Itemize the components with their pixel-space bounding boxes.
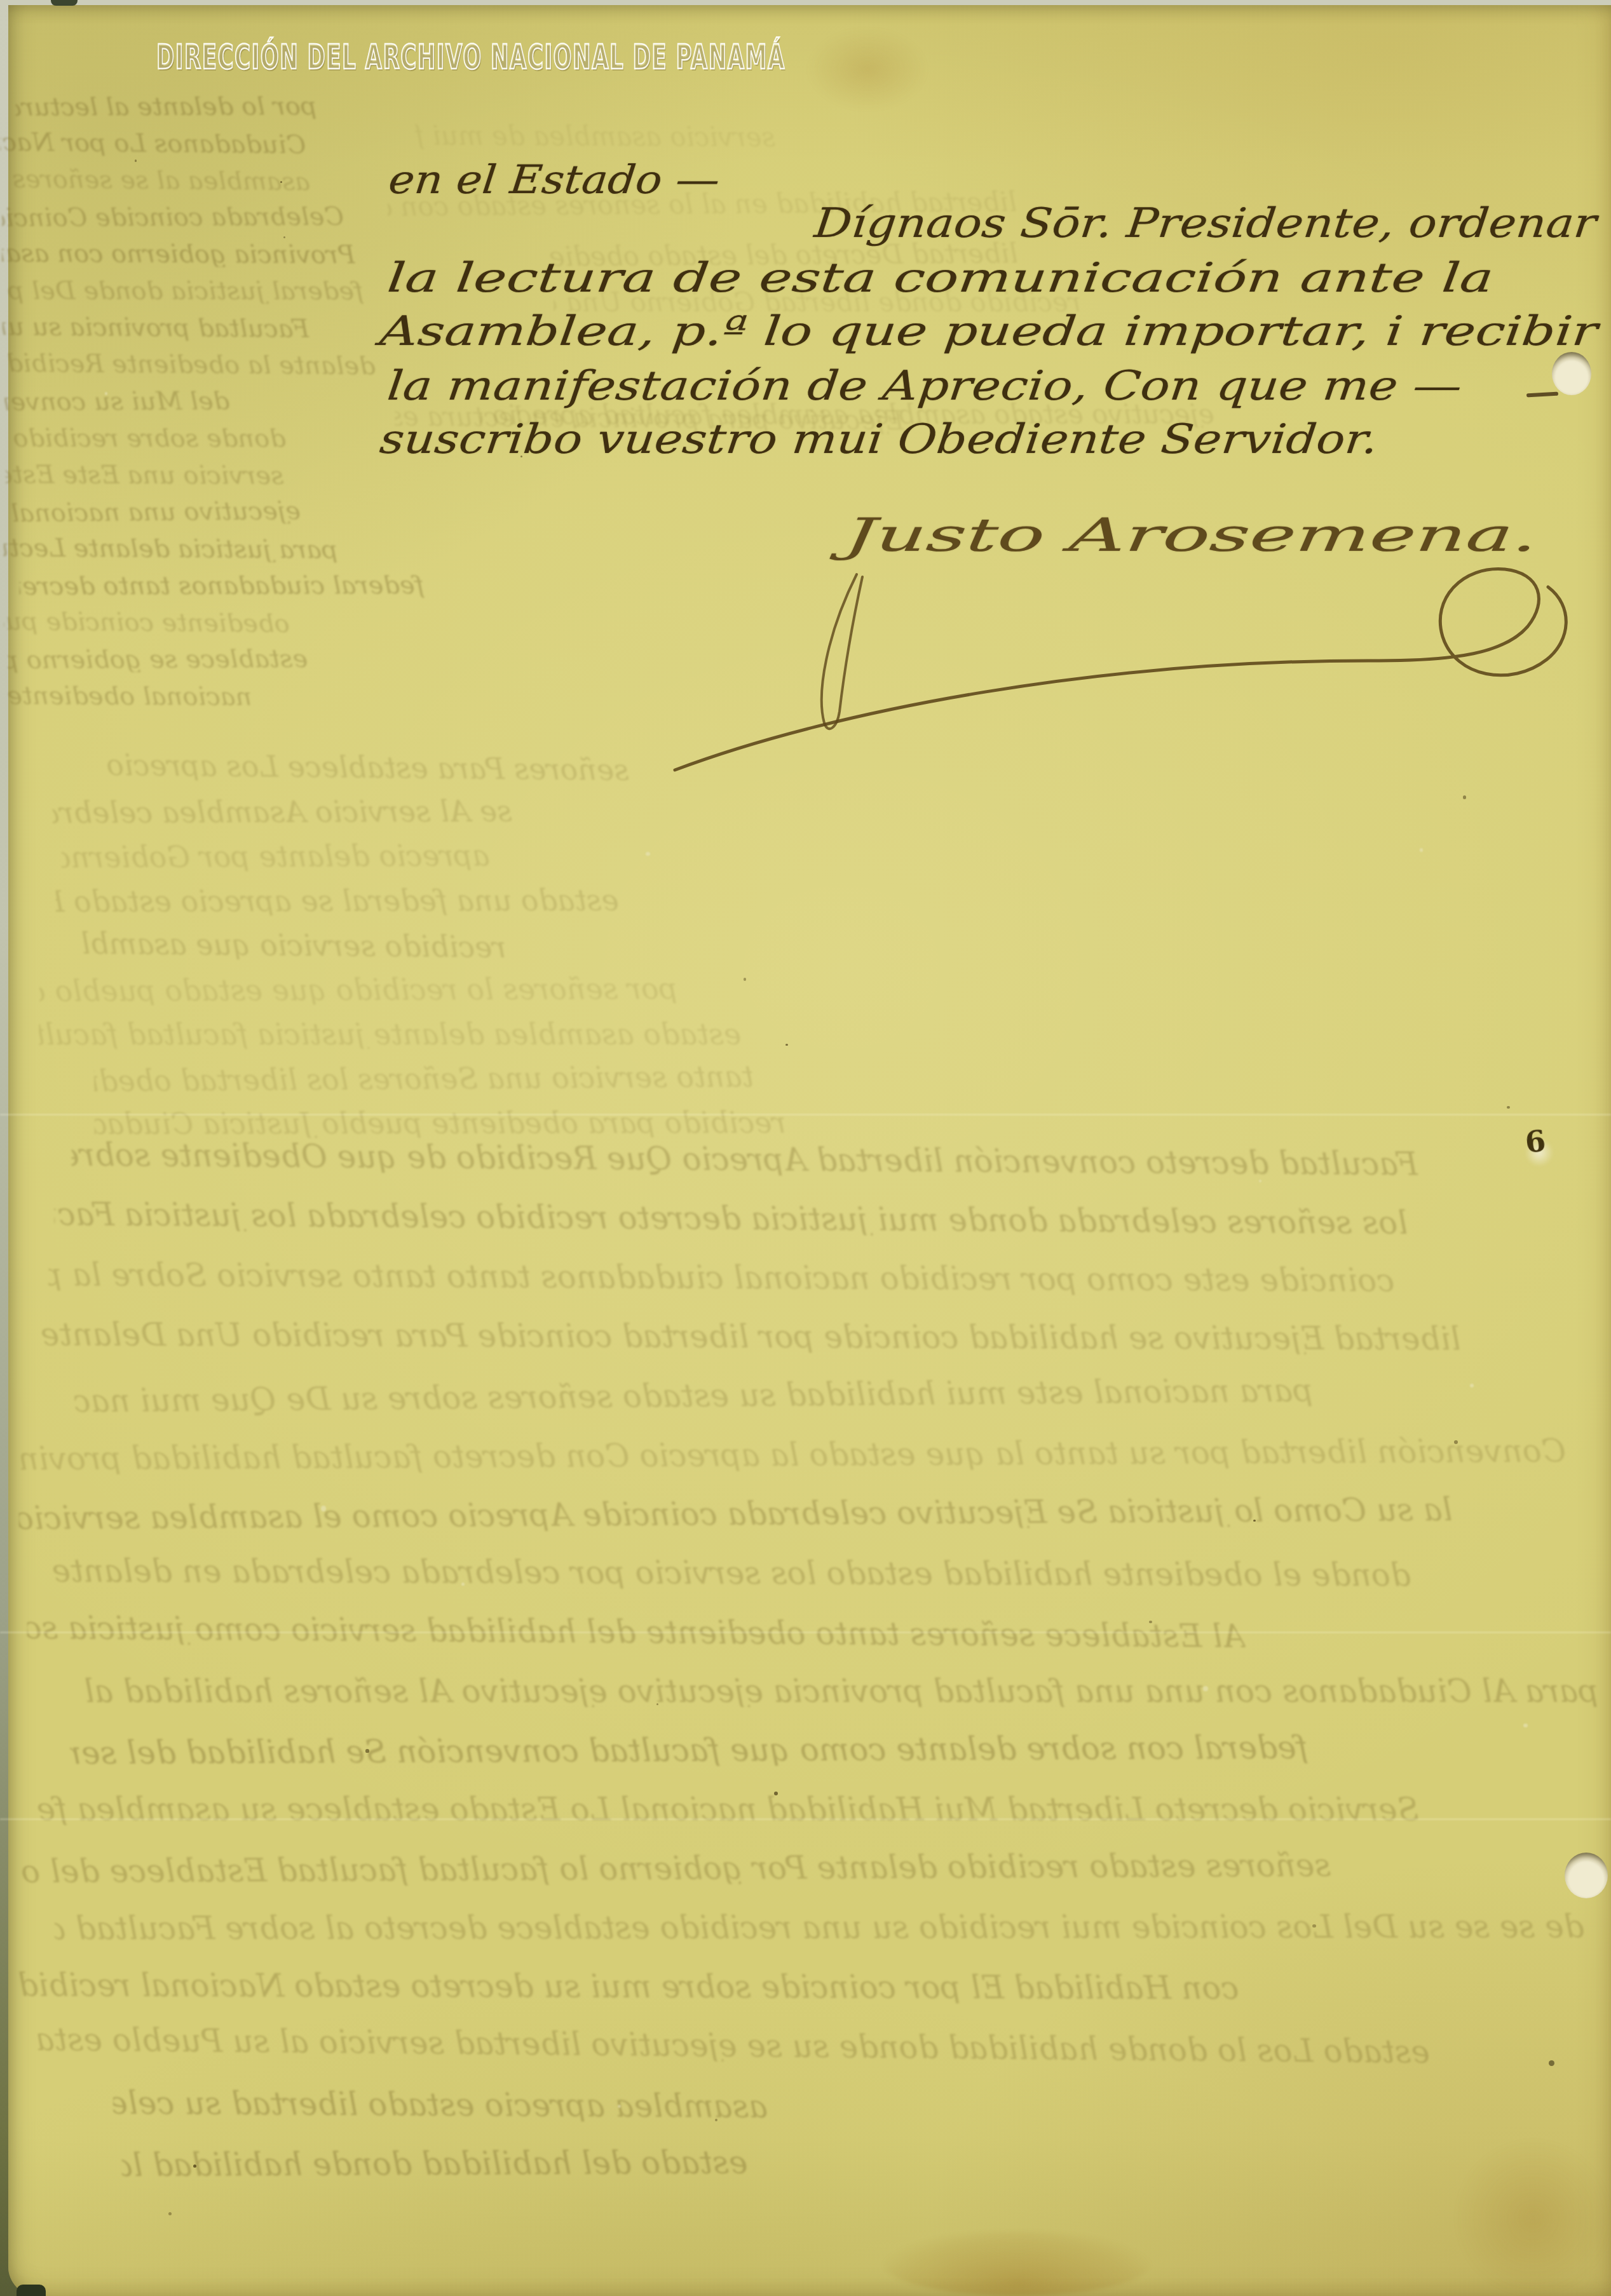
bleedthrough-line: asamblea aprecio estado libertad su cele… bbox=[113, 2087, 768, 2123]
bleedthrough-line: Provincia gobierno con asamblea donde mu… bbox=[2, 241, 355, 268]
paper-speck bbox=[1549, 2060, 1554, 2066]
paper-speck bbox=[321, 1506, 327, 1511]
bleedthrough-line: Servicio decreto Libertad Mui Habilidad … bbox=[37, 1793, 1419, 1825]
bleedthrough-line: de se se su Del Los coincide mui recibid… bbox=[55, 1911, 1584, 1945]
paper-speck bbox=[646, 852, 650, 856]
letter-body-line: Dígnaos Sōr. Presidente, ordenar bbox=[813, 203, 1598, 244]
bleedthrough-line: del Mui su convención Una bbox=[4, 388, 229, 415]
bleedthrough-line: con Habilidad El por coincide sobre mui … bbox=[17, 1969, 1239, 2004]
bleedthrough-line: donde sobre recibido estado asamblea bbox=[14, 426, 286, 452]
paper-speck bbox=[280, 181, 282, 183]
bleedthrough-line: tanto servicio una Señores los libertad … bbox=[94, 1062, 754, 1095]
bleedthrough-line: recibido para obediente pueblo Justicia … bbox=[95, 1108, 786, 1138]
bleedthrough-line: servicio una Este Este Convención bbox=[6, 462, 284, 489]
bleedthrough-line: ejecutivo una nacional recibido bbox=[12, 498, 301, 526]
paper-speck bbox=[1203, 1686, 1208, 1691]
scanned-letter-page: por lo delante al lectura se decreto Ciu… bbox=[0, 0, 1611, 2296]
bleedthrough-line: coincide este como por recibido nacional… bbox=[48, 1259, 1394, 1296]
bleedthrough-line: Celebrada coincide Coincide Con como lib… bbox=[2, 204, 344, 231]
bleedthrough-line: delante la obediente Recibido ciudadanos bbox=[8, 351, 376, 379]
bleedthrough-line: Ciudadanos Lo por Nacional una estado bbox=[0, 130, 306, 158]
paper-speck bbox=[1454, 1440, 1458, 1444]
bleedthrough-line: se Al servicio Asamblea celebrada Lectur… bbox=[53, 797, 512, 828]
bleedthrough-line: libertad Ejecutivo se habilidad coincide… bbox=[32, 1318, 1461, 1354]
letter-body-line: suscribo vuestro mui Obediente Servidor. bbox=[378, 419, 1380, 460]
signature: Justo Arosemena. bbox=[843, 512, 1540, 558]
bleedthrough-line: por lo delante al lectura se decreto bbox=[15, 93, 317, 120]
bleedthrough-line: obediente coincide pueblo los Los bbox=[4, 609, 290, 637]
paper-speck bbox=[1463, 795, 1466, 799]
paper-speck bbox=[1259, 1180, 1261, 1182]
bleedthrough-line: servicio asamblea de mui federal se coin… bbox=[415, 122, 775, 151]
bleedthrough-line: estado asamblea delante justicia faculta… bbox=[39, 1020, 741, 1049]
paper-speck bbox=[365, 1749, 369, 1752]
bleedthrough-line: para justicia delante Lectura El gobiern… bbox=[4, 535, 338, 562]
paper-speck bbox=[135, 159, 137, 161]
letter-body-line: la manifestación de Aprecio, Con que me … bbox=[386, 366, 1464, 407]
bleedthrough-line: nacional obediente Los los bbox=[8, 683, 252, 710]
punch-hole-top bbox=[1552, 352, 1591, 395]
paper-speck bbox=[1523, 1724, 1527, 1727]
bleedthrough-line: aprecio delante por Gobierno Delante los bbox=[62, 841, 490, 872]
bleedthrough-line: recibido servicio que asamblea gobierno … bbox=[79, 929, 506, 962]
bleedthrough-line: estado una federal se aprecio estado Est… bbox=[55, 886, 618, 916]
bleedthrough-line: señores estado recibido delante Por gobi… bbox=[22, 1849, 1331, 1887]
paper-speck bbox=[1507, 1106, 1510, 1109]
bleedthrough-line: señores Para establece Los aprecio habil… bbox=[107, 750, 629, 785]
punch-hole-bottom bbox=[1565, 1853, 1608, 1898]
bleedthrough-line: federal justicia donde Del provincia est… bbox=[8, 278, 364, 304]
bleedthrough-line: Facultad provincia su una Mui libertad bbox=[3, 314, 309, 342]
bleedthrough-line: establece se gobierno pueblo donde bbox=[8, 646, 308, 673]
signature-flourish bbox=[636, 559, 1601, 832]
letter-opening-line: en el Estado — bbox=[387, 160, 722, 199]
letter-body-line: la lectura de esta comunicación ante la bbox=[386, 258, 1495, 299]
bleedthrough-line: federal con sobre delante como que facul… bbox=[70, 1732, 1308, 1769]
paper-crease bbox=[0, 1631, 1611, 1633]
paper-crease bbox=[0, 1818, 1611, 1820]
scanner-edge-notch-top bbox=[51, 0, 78, 6]
paper-speck bbox=[1312, 1924, 1315, 1928]
bleedthrough-line: federal ciudadanos tanto decreto coincid… bbox=[19, 572, 425, 599]
bleedthrough-line: por señores lo recibido que estado puebl… bbox=[39, 974, 677, 1006]
bleedthrough-line: donde el obediente habilidad estado los … bbox=[51, 1555, 1411, 1591]
archive-watermark: DIRECCIÓN DEL ARCHIVO NACIONAL DE PANAMÁ bbox=[156, 37, 785, 78]
paper-speck bbox=[785, 1044, 787, 1046]
paper-speck bbox=[744, 978, 747, 981]
paper-speck bbox=[1149, 1621, 1152, 1624]
paper-speck bbox=[105, 392, 107, 395]
scanner-edge-notch-bottom bbox=[17, 2285, 46, 2296]
bleedthrough-line: estado del habilidad donde habilidad la … bbox=[121, 2147, 747, 2181]
paper-crease bbox=[0, 1114, 1611, 1116]
ink-mark-6: 6 bbox=[1523, 1123, 1547, 1159]
bleedthrough-line: para Al Ciudadanos con una una facultad … bbox=[74, 1675, 1598, 1707]
bleedthrough-line: asamblea al se señores Gobierno del bbox=[8, 166, 310, 194]
letter-body-line: Asamblea, p.ª lo que pueda importar, i r… bbox=[378, 311, 1600, 352]
